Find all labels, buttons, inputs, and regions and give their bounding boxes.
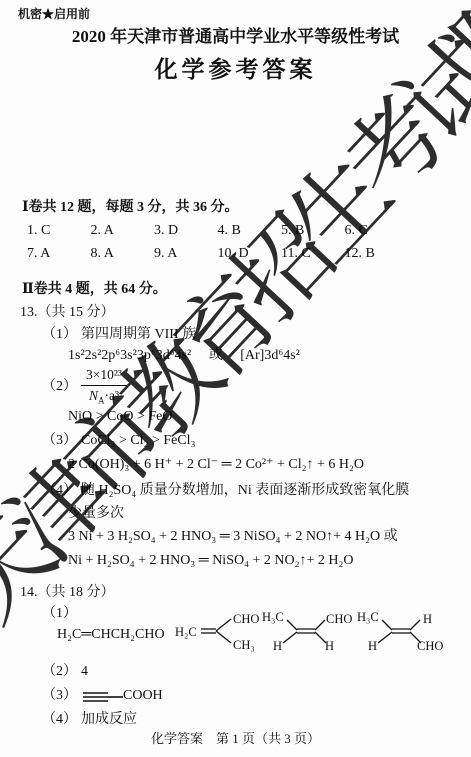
- struct2-left-group: H₂C: [175, 625, 197, 639]
- q13-electron-config: 1s²2s²2p⁶3s²3p⁶3d⁶4s² 或 [Ar]3d⁶4s²: [68, 347, 300, 365]
- mc-answers-row1: 1. C2. A3. D4. B5. B6. C: [27, 223, 408, 239]
- q14-part1-label: （1）: [42, 605, 77, 623]
- mc-answers-row2: 7. A8. A9. A10. D11. C12. B: [27, 246, 408, 262]
- section1-heading: Ⅰ卷共 12 题，每题 3 分，共 36 分。: [22, 199, 239, 217]
- struct4-topright-group: H: [423, 612, 432, 626]
- mc-answer-12: 12. B: [345, 246, 409, 262]
- struct2-bottom-group: CH₃: [233, 638, 255, 652]
- struct4-bottomleft-group: H: [368, 639, 377, 653]
- classification-label: 机密★启用前: [18, 7, 90, 22]
- struct3-topright-group: CHO: [326, 612, 352, 626]
- q14-part2-answer: 4: [81, 664, 88, 679]
- symbol-n: N: [89, 388, 98, 403]
- mc-answer-9: 9. A: [154, 246, 218, 262]
- answer-key-page: 机密★启用前 2020 年天津市普通高中学业水平等级性考试 化学参考答案 Ⅰ卷共…: [0, 0, 471, 757]
- mc-answer-6: 6. C: [345, 223, 409, 239]
- q13-equation-no2: Ni + H₂SO₄ + 2 HNO₃ ═ NiSO₄ + 2 NO₂↑+ 2 …: [68, 552, 353, 570]
- mc-answer-11: 11. C: [281, 246, 345, 262]
- q13-ionic-equation: 2 Co(OH)₃ + 6 H⁺ + 2 Cl⁻ ═ 2 Co²⁺ + Cl₂↑…: [68, 456, 364, 474]
- q13-part1-text: 第四周期第 VIII 族: [81, 327, 196, 342]
- fraction-denominator: NA·a³: [81, 386, 127, 407]
- mc-answer-7: 7. A: [27, 246, 91, 262]
- q13-part4: （4）随 H₂SO₄ 质量分数增加，Ni 表面逐渐形成致密氧化膜: [42, 482, 409, 500]
- mc-answer-3: 3. D: [154, 223, 218, 239]
- page-footer: 化学答案 第 1 页（共 3 页）: [0, 731, 471, 747]
- struct4-topleft-group: H₃C: [357, 610, 379, 624]
- q14-part4-answer: 加成反应: [81, 712, 137, 727]
- q13-part4-text: 随 H₂SO₄ 质量分数增加，Ni 表面逐渐形成致密氧化膜: [81, 483, 409, 498]
- q13-part1-label: （1）: [42, 327, 77, 342]
- q14-header: 14.（共 18 分）: [20, 584, 115, 602]
- q14-part4: （4）加成反应: [42, 711, 137, 729]
- q14-part3: （3） COOH: [42, 687, 163, 705]
- q14-part2: （2）4: [42, 663, 88, 681]
- mc-answer-2: 2. A: [91, 223, 155, 239]
- struct3-bottomright-group: H: [325, 639, 334, 653]
- mc-answer-5: 5. B: [281, 223, 345, 239]
- mc-answer-1: 1. C: [27, 223, 91, 239]
- triple-bond-icon: [83, 691, 123, 703]
- q13-header: 13.（共 15 分）: [20, 304, 115, 322]
- answer-key-title: 化学参考答案: [0, 56, 471, 85]
- denominator-rest: ·a³: [104, 388, 119, 403]
- mc-answer-8: 8. A: [91, 246, 155, 262]
- q13-part2: （2） 3×10²³ NA·a³: [42, 366, 127, 407]
- q13-part3-label: （3）: [42, 433, 77, 448]
- q13-part4-text2: 少量多次: [68, 505, 124, 523]
- q13-part4-label: （4）: [42, 483, 77, 498]
- mc-answer-4: 4. B: [218, 223, 282, 239]
- struct3-topleft-group: H₃C: [262, 610, 284, 624]
- q13-part3: （3）CoCl₃ > Cl₂ > FeCl₃: [42, 432, 195, 450]
- struct3-bottomleft-group: H: [273, 639, 282, 653]
- q13-part1: （1）第四周期第 VIII 族: [42, 326, 196, 344]
- q14-isomer-1-formula: H₂C═CHCH₂CHO: [57, 626, 165, 644]
- q13-equation-no: 3 Ni + 3 H₂SO₄ + 2 HNO₃ ═ 3 NiSO₄ + 2 NO…: [68, 528, 398, 546]
- q14-isomer-2-structure: H₂C CHO CH₃: [175, 606, 260, 654]
- q14-isomer-4-structure: H₃C H H CHO: [357, 606, 452, 654]
- fraction: 3×10²³ NA·a³: [81, 366, 127, 407]
- section2-heading: Ⅱ卷共 4 题，共 64 分。: [22, 281, 167, 299]
- q14-part4-label: （4）: [42, 712, 77, 727]
- q13-part2-label: （2）: [42, 378, 77, 396]
- fraction-numerator: 3×10²³: [81, 366, 127, 386]
- q14-isomer-3-structure: H₃C H CHO H: [262, 606, 352, 654]
- mc-answer-10: 10. D: [218, 246, 282, 262]
- q14-part3-answer: COOH: [123, 687, 163, 705]
- q14-part3-label: （3）: [42, 687, 77, 705]
- q14-part2-label: （2）: [42, 664, 77, 679]
- q13-oxide-order: NiO > CoO > FeO: [68, 408, 172, 426]
- exam-title: 2020 年天津市普通高中学业水平等级性考试: [0, 26, 471, 47]
- struct4-bottomright-group: CHO: [417, 639, 443, 653]
- q13-oxidizer-order: CoCl₃ > Cl₂ > FeCl₃: [81, 433, 195, 448]
- struct2-top-group: CHO: [233, 612, 259, 626]
